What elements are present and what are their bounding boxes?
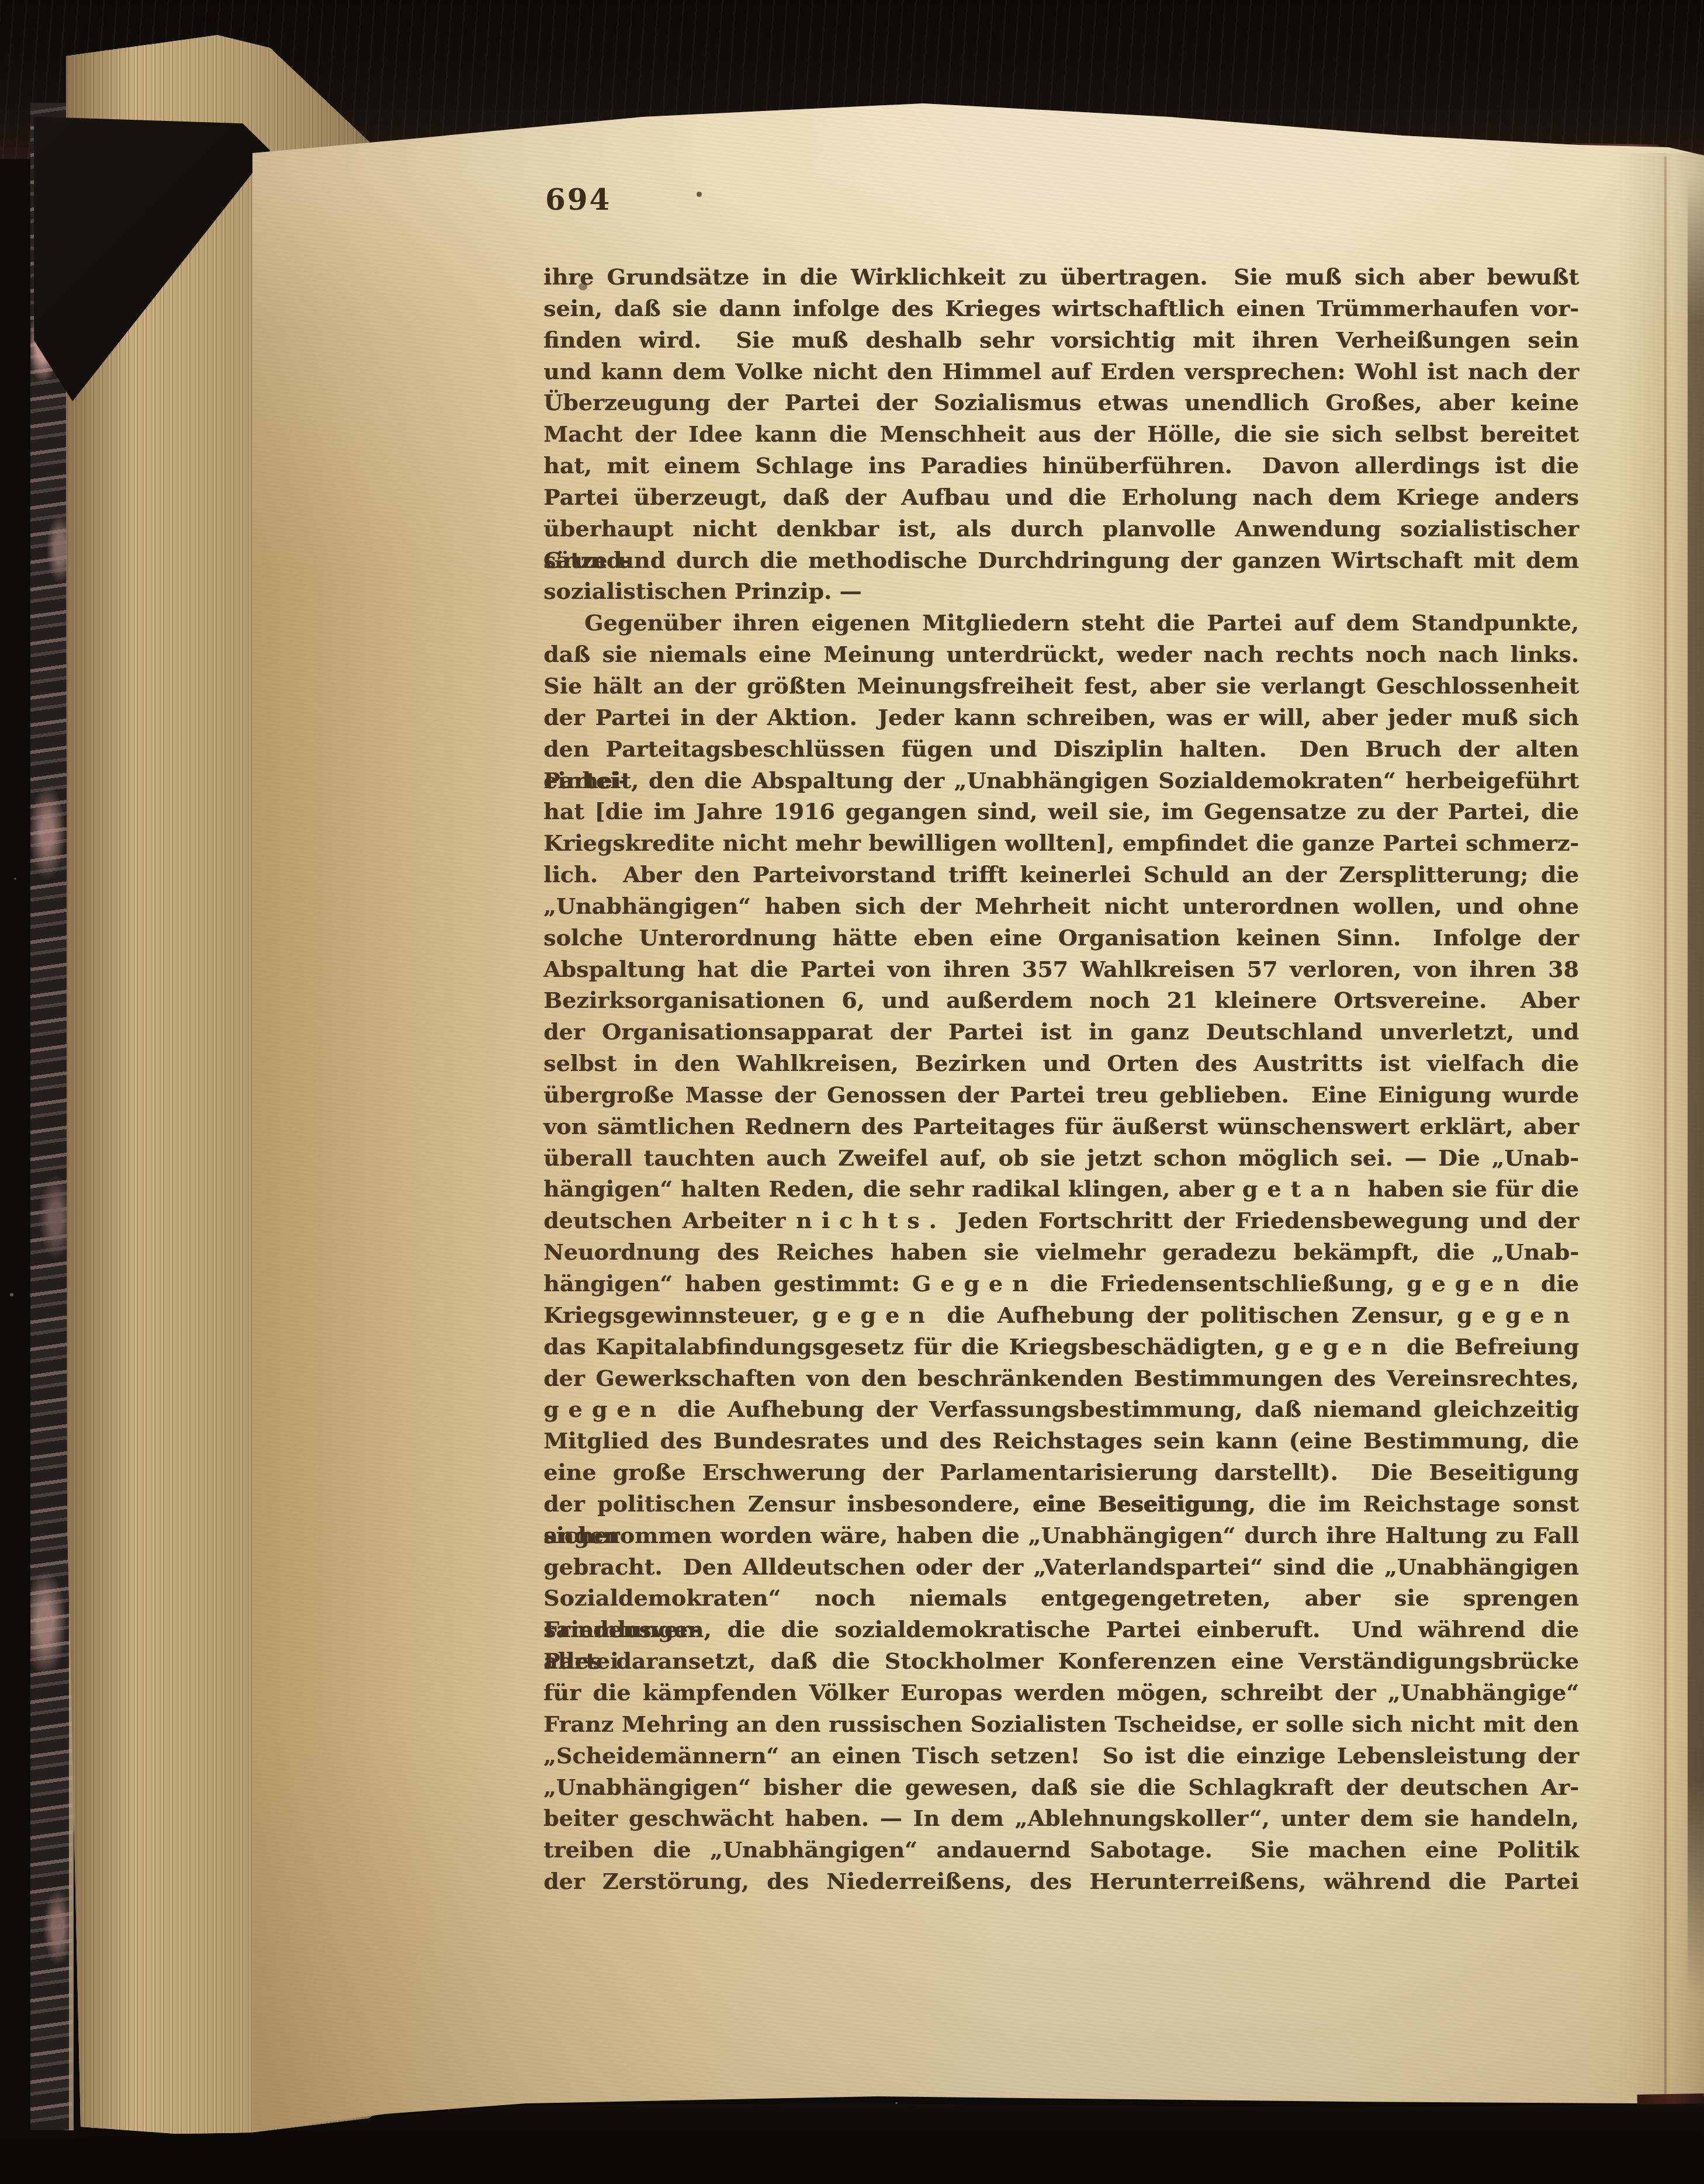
text-line: der Gewerkschaften von den beschränkende… <box>543 1363 1579 1394</box>
text-line: hängigen“ halten Reden, die sehr radikal… <box>543 1173 1579 1205</box>
text-segment: übergroße Masse der Genossen der Partei … <box>543 1081 1579 1108</box>
text-segment: Kriegsgewinnsteuer, <box>543 1302 812 1328</box>
text-line: treiben die „Unabhängigen“ andauernd Sab… <box>543 1834 1579 1866</box>
text-segment: angenommen worden wäre, haben die „Unabh… <box>543 1522 1579 1548</box>
scanned-book-photo: 694 ihre Grundsätze in die Wirklichkeit … <box>0 0 1704 2184</box>
text-segment: Abspaltung hat die Partei von ihren 357 … <box>543 956 1579 982</box>
text-line: übergroße Masse der Genossen der Partei … <box>543 1079 1579 1111</box>
letterspaced-emphasis: gegen <box>1457 1302 1579 1328</box>
text-line: Gegenüber ihren eigenen Mitgliedern steh… <box>543 607 1579 639</box>
text-line: Kriegskredite nicht mehr bewilligen woll… <box>543 827 1579 859</box>
text-segment: sätze und durch die methodische Durchdri… <box>543 547 1579 573</box>
page-text: ihre Grundsätze in die Wirklichkeit zu ü… <box>543 261 1579 1897</box>
text-line: überhaupt nicht denkbar ist, als durch p… <box>543 513 1579 545</box>
text-line: selbst in den Wahlkreisen, Bezirken und … <box>543 1048 1579 1079</box>
text-segment: solche Unterordnung hätte eben eine Orga… <box>543 924 1579 951</box>
text-line: daß sie niemals eine Meinung unterdrückt… <box>543 639 1579 670</box>
text-segment: sozialistischen Prinzip. — <box>543 578 862 604</box>
text-line: Macht der Idee kann die Menschheit aus d… <box>543 418 1579 450</box>
text-line: überall tauchten auch Zweifel auf, ob si… <box>543 1142 1579 1174</box>
text-segment: hängigen“ halten Reden, die sehr radikal… <box>543 1176 1242 1202</box>
text-segment: überall tauchten auch Zweifel auf, ob si… <box>543 1145 1579 1171</box>
text-segment: „Scheidemännern“ an einen Tisch setzen! … <box>543 1742 1579 1769</box>
text-line: den Parteitagsbeschlüssen fügen und Disz… <box>543 733 1579 765</box>
text-segment: der Organisationsapparat der Partei ist … <box>543 1018 1579 1045</box>
text-line: für die kämpfenden Völker Europas werden… <box>543 1677 1579 1708</box>
text-line: „Unabhängigen“ haben sich der Mehrheit n… <box>543 890 1579 922</box>
text-line: Neuordnung des Reiches haben sie vielmeh… <box>543 1236 1579 1268</box>
text-segment: beiter geschwächt haben. — In dem „Ableh… <box>543 1805 1579 1831</box>
text-line: eine große Erschwerung der Parlamentaris… <box>543 1457 1579 1488</box>
letterspaced-emphasis: getan <box>1242 1176 1359 1202</box>
page-number: 694 <box>545 182 721 217</box>
text-line: deutschen Arbeiter nichts. Jeden Fortsch… <box>543 1205 1579 1236</box>
text-line: der Partei in der Aktion. Jeder kann sch… <box>543 702 1579 733</box>
text-segment: alles daransetzt, daß die Stockholmer Ko… <box>543 1648 1579 1674</box>
text-segment: lich. Aber den Parteivorstand trifft kei… <box>543 861 1579 888</box>
text-segment: . Jeden Fortschritt der Friedensbewegung… <box>929 1207 1579 1233</box>
bold-emphasis: eine Beseitigung <box>1033 1490 1248 1517</box>
text-segment: der Partei in der Aktion. Jeder kann sch… <box>543 704 1579 730</box>
text-segment: ihre Grundsätze in die Wirklichkeit zu ü… <box>543 264 1579 290</box>
text-line: Sie hält an der größten Meinungsfreiheit… <box>543 670 1579 702</box>
text-line: sammlungen, die die sozialdemokratische … <box>543 1614 1579 1645</box>
text-line: finden wird. Sie muß deshalb sehr vorsic… <box>543 324 1579 356</box>
text-line: Franz Mehring an den russischen Sozialis… <box>543 1708 1579 1740</box>
text-segment: die Befreiung <box>1397 1333 1579 1360</box>
letterspaced-emphasis: gegen <box>812 1302 934 1328</box>
paragraph: Gegenüber ihren eigenen Mitgliedern steh… <box>543 607 1579 1897</box>
text-line: gebracht. Den Alldeutschen oder der „Vat… <box>543 1551 1579 1583</box>
text-segment: daß sie niemals eine Meinung unterdrückt… <box>543 641 1579 667</box>
text-line: Kriegsgewinnsteuer, gegen die Aufhebung … <box>543 1299 1579 1331</box>
text-segment: hat [die im Jahre 1916 gegangen sind, we… <box>543 798 1579 824</box>
paragraph: ihre Grundsätze in die Wirklichkeit zu ü… <box>543 261 1579 607</box>
text-segment: der Zerstörung, des Niederreißens, des H… <box>543 1868 1579 1894</box>
text-line: angenommen worden wäre, haben die „Unabh… <box>543 1520 1579 1551</box>
text-line: der Zerstörung, des Niederreißens, des H… <box>543 1866 1579 1897</box>
page-fold-crease <box>1664 157 1667 2100</box>
text-line: von sämtlichen Rednern des Parteitages f… <box>543 1111 1579 1142</box>
text-line: der Organisationsapparat der Partei ist … <box>543 1016 1579 1048</box>
text-segment: Neuordnung des Reiches haben sie vielmeh… <box>543 1239 1579 1265</box>
letterspaced-emphasis: gegen <box>1274 1333 1397 1360</box>
text-segment: hat, mit einem Schlage ins Paradies hinü… <box>543 452 1579 479</box>
marbled-cover-strip <box>30 103 72 2130</box>
text-segment: der politischen Zensur insbesondere, <box>543 1490 1033 1517</box>
text-segment: Sie hält an der größten Meinungsfreiheit… <box>543 672 1579 699</box>
text-segment: „Unabhängigen“ bisher die gewesen, daß s… <box>543 1774 1579 1800</box>
text-segment: „Unabhängigen“ haben sich der Mehrheit n… <box>543 893 1579 919</box>
text-segment: Bezirksorganisationen 6, und außerdem no… <box>543 987 1579 1013</box>
text-segment: hängigen“ haben gestimmt: <box>543 1270 912 1296</box>
text-segment: selbst in den Wahlkreisen, Bezirken und … <box>543 1050 1579 1076</box>
text-line: hat [die im Jahre 1916 gegangen sind, we… <box>543 796 1579 827</box>
text-line: gegen die Aufhebung der Verfassungsbesti… <box>543 1393 1579 1425</box>
text-segment: Mitglied des Bundesrates und des Reichst… <box>543 1427 1579 1454</box>
text-line: Partei überzeugt, daß der Aufbau und die… <box>543 481 1579 513</box>
letterspaced-emphasis: gegen <box>1407 1270 1529 1296</box>
text-segment: die Aufhebung der Verfassungsbestimmung,… <box>666 1396 1579 1422</box>
text-line: Überzeugung der Partei der Sozialismus e… <box>543 387 1579 418</box>
right-cover-shadow <box>1688 175 1704 1998</box>
text-line: hat, mit einem Schlage ins Paradies hinü… <box>543 450 1579 481</box>
text-segment: Gegenüber ihren eigenen Mitgliedern steh… <box>584 609 1579 636</box>
text-segment: und kann dem Volke nicht den Himmel auf … <box>543 358 1579 384</box>
text-line: beiter geschwächt haben. — In dem „Ableh… <box>543 1802 1579 1834</box>
text-line: der politischen Zensur insbesondere, ein… <box>543 1488 1579 1520</box>
text-line: alles daransetzt, daß die Stockholmer Ko… <box>543 1645 1579 1677</box>
text-line: lich. Aber den Parteivorstand trifft kei… <box>543 859 1579 890</box>
text-segment: die Aufhebung der politischen Zensur, <box>934 1302 1457 1328</box>
text-segment: Kriegskredite nicht mehr bewilligen woll… <box>543 830 1579 856</box>
text-line: Abspaltung hat die Partei von ihren 357 … <box>543 954 1579 985</box>
text-segment: gebracht. Den Alldeutschen oder der „Vat… <box>543 1554 1579 1580</box>
text-line: sätze und durch die methodische Durchdri… <box>543 545 1579 576</box>
text-line: „Unabhängigen“ bisher die gewesen, daß s… <box>543 1772 1579 1803</box>
text-segment: einheit, den die Abspaltung der „Unabhän… <box>543 767 1579 793</box>
text-segment: Macht der Idee kann die Menschheit aus d… <box>543 421 1579 447</box>
text-line: sein, daß sie dann infolge des Krieges w… <box>543 293 1579 324</box>
text-segment: das Kapitalabfindungsgesetz für die Krie… <box>543 1333 1274 1360</box>
text-segment: finden wird. Sie muß deshalb sehr vorsic… <box>543 327 1579 353</box>
text-line: Mitglied des Bundesrates und des Reichst… <box>543 1425 1579 1457</box>
text-line: solche Unterordnung hätte eben eine Orga… <box>543 922 1579 954</box>
text-line: Sozialdemokraten“ noch niemals entgegeng… <box>543 1582 1579 1614</box>
text-line: hängigen“ haben gestimmt: Gegen die Frie… <box>543 1268 1579 1299</box>
text-line: einheit, den die Abspaltung der „Unabhän… <box>543 765 1579 796</box>
text-segment: treiben die „Unabhängigen“ andauernd Sab… <box>543 1836 1579 1863</box>
text-line: sozialistischen Prinzip. — <box>543 576 1579 607</box>
text-segment: sein, daß sie dann infolge des Krieges w… <box>543 295 1579 321</box>
text-segment: die <box>1529 1270 1579 1296</box>
letterspaced-emphasis: gegen <box>543 1396 666 1422</box>
text-line: und kann dem Volke nicht den Himmel auf … <box>543 356 1579 387</box>
letterspaced-emphasis: Gegen <box>912 1270 1038 1296</box>
text-segment: Franz Mehring an den russischen Sozialis… <box>543 1711 1579 1737</box>
text-segment: Überzeugung der Partei der Sozialismus e… <box>543 389 1579 415</box>
text-line: ihre Grundsätze in die Wirklichkeit zu ü… <box>543 261 1579 293</box>
text-line: Bezirksorganisationen 6, und außerdem no… <box>543 984 1579 1016</box>
text-segment: Partei überzeugt, daß der Aufbau und die… <box>543 484 1579 510</box>
text-segment: der Gewerkschaften von den beschränkende… <box>543 1365 1579 1391</box>
text-segment: für die kämpfenden Völker Europas werden… <box>543 1679 1579 1705</box>
text-line: „Scheidemännern“ an einen Tisch setzen! … <box>543 1740 1579 1772</box>
text-segment: haben sie für die <box>1359 1176 1579 1202</box>
letterspaced-emphasis: nichts <box>796 1207 929 1233</box>
text-segment: von sämtlichen Rednern des Parteitages f… <box>543 1113 1579 1139</box>
text-segment: eine große Erschwerung der Parlamentaris… <box>543 1459 1579 1485</box>
text-segment: deutschen Arbeiter <box>543 1207 796 1233</box>
text-segment: die Friedensentschließung, <box>1038 1270 1407 1296</box>
text-line: das Kapitalabfindungsgesetz für die Krie… <box>543 1331 1579 1363</box>
